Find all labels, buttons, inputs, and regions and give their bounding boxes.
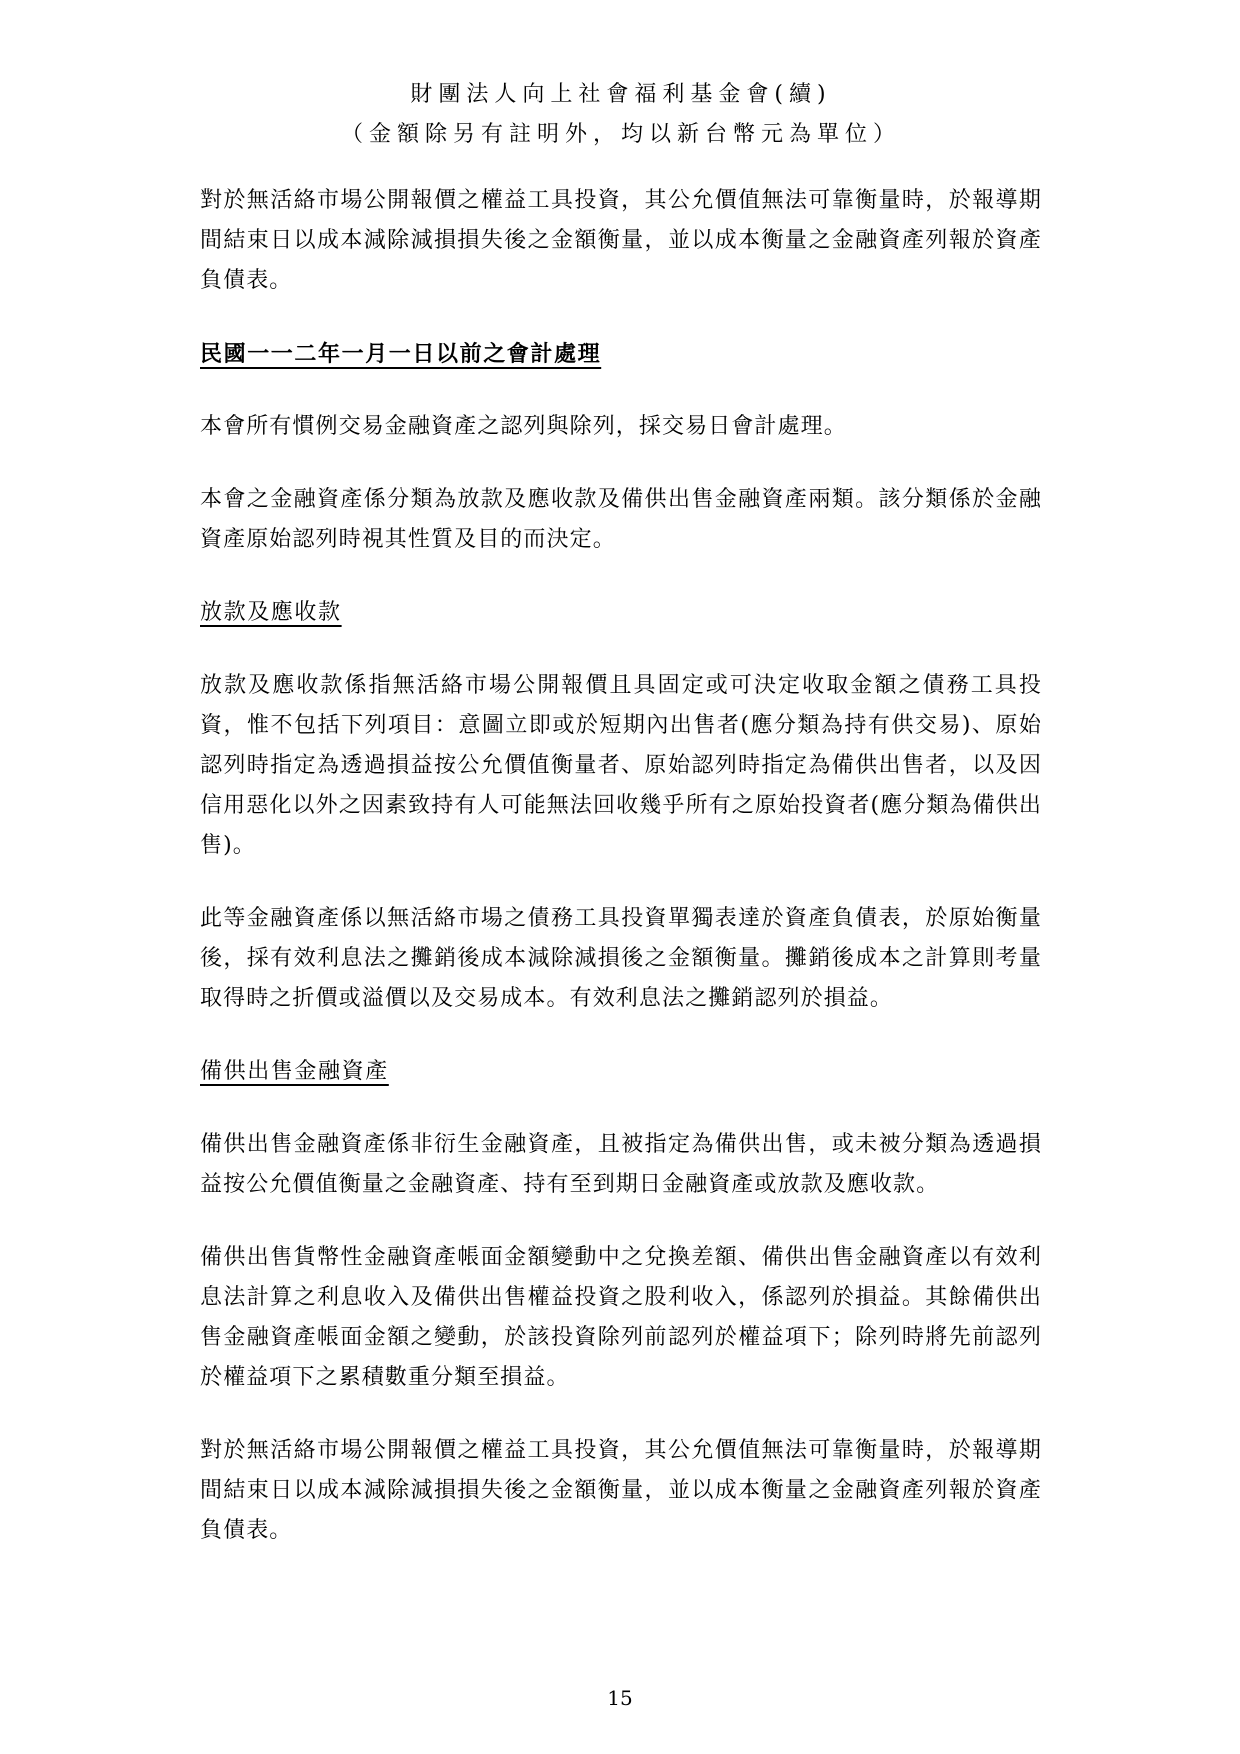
section-heading-accounting-before-roc-112: 民國一一二年一月一日以前之會計處理	[200, 334, 1042, 374]
document-body: 對於無活絡市場公開報價之權益工具投資，其公允價值無法可靠衡量時，於報導期間結束日…	[200, 181, 1042, 1551]
paragraph-financial-asset-classification: 本會之金融資產係分類為放款及應收款及備供出售金融資產兩類。該分類係於金融資產原始…	[200, 480, 1042, 560]
paragraph-loans-receivables-definition: 放款及應收款係指無活絡市場公開報價且具固定或可決定收取金額之債務工具投資，惟不包…	[200, 666, 1042, 866]
paragraph-afs-recognition-in-profit-loss: 備供出售貨幣性金融資產帳面金額變動中之兌換差額、備供出售金融資產以有效利息法計算…	[200, 1238, 1042, 1398]
document-page: 財團法人向上社會福利基金會(續) （金額除另有註明外，均以新台幣元為單位） 對於…	[0, 0, 1240, 1754]
paragraph-trade-date-accounting: 本會所有慣例交易金融資產之認列與除列，採交易日會計處理。	[200, 407, 1042, 447]
paragraph-afs-definition: 備供出售金融資產係非衍生金融資產，且被指定為備供出售，或未被分類為透過損益按公允…	[200, 1125, 1042, 1205]
page-number: 15	[0, 1686, 1240, 1710]
document-title: 財團法人向上社會福利基金會(續)	[200, 75, 1042, 115]
document-subtitle: （金額除另有註明外，均以新台幣元為單位）	[200, 115, 1042, 155]
paragraph-equity-instruments-cost-measurement: 對於無活絡市場公開報價之權益工具投資，其公允價值無法可靠衡量時，於報導期間結束日…	[200, 181, 1042, 301]
document-header: 財團法人向上社會福利基金會(續) （金額除另有註明外，均以新台幣元為單位）	[200, 75, 1042, 155]
paragraph-amortized-cost-measurement: 此等金融資產係以無活絡市場之債務工具投資單獨表達於資產負債表，於原始衡量後，採有…	[200, 899, 1042, 1019]
paragraph-equity-instruments-cost-measurement-repeat: 對於無活絡市場公開報價之權益工具投資，其公允價值無法可靠衡量時，於報導期間結束日…	[200, 1431, 1042, 1551]
subheading-loans-and-receivables: 放款及應收款	[200, 593, 1042, 633]
subheading-available-for-sale-financial-assets: 備供出售金融資產	[200, 1052, 1042, 1092]
